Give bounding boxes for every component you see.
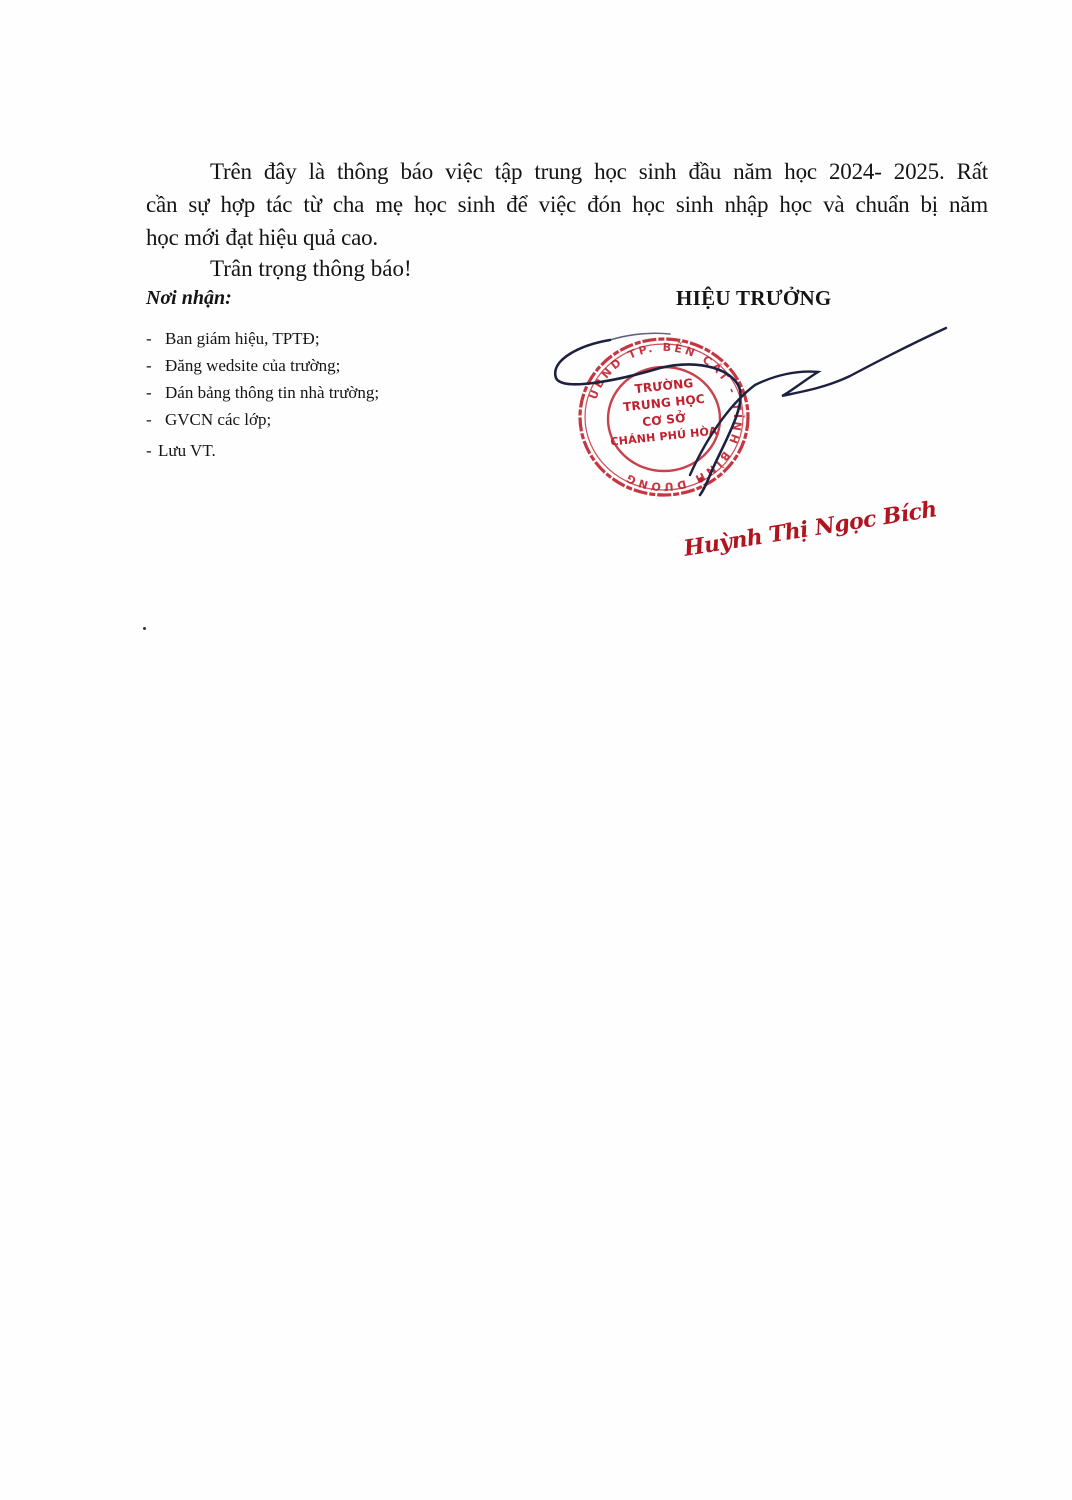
list-dash: - xyxy=(146,406,165,433)
body-line-3: học mới đạt hiệu quả cao. xyxy=(146,221,988,254)
signer-title: HIỆU TRƯỞNG xyxy=(676,286,832,311)
recipient-item: -GVCN các lớp; xyxy=(146,406,379,433)
scan-speck xyxy=(143,627,146,630)
recipient-text: Ban giám hiệu, TPTĐ; xyxy=(165,329,320,348)
recipient-text: Đăng wedsite của trường; xyxy=(165,356,340,375)
list-dash: - xyxy=(146,352,165,379)
recipient-item: -Lưu VT. xyxy=(146,437,379,464)
stamp-center-text: TRƯỜNG TRUNG HỌC CƠ SỞ CHÁNH PHÚ HÒA xyxy=(574,335,754,500)
closing-line: Trân trọng thông báo! xyxy=(210,252,412,285)
list-dash: - xyxy=(146,379,165,406)
recipient-text: Lưu VT. xyxy=(158,441,216,460)
recipient-item: -Ban giám hiệu, TPTĐ; xyxy=(146,325,379,352)
recipient-text: GVCN các lớp; xyxy=(165,410,271,429)
signer-name: Huỳnh Thị Ngọc Bích xyxy=(682,496,939,562)
document-page: Trên đây là thông báo việc tập trung học… xyxy=(0,0,1072,1500)
body-line-2: cần sự hợp tác từ cha mẹ học sinh để việ… xyxy=(146,188,988,221)
recipient-text: Dán bảng thông tin nhà trường; xyxy=(165,383,379,402)
body-line-1: Trên đây là thông báo việc tập trung học… xyxy=(146,155,988,188)
list-dash: - xyxy=(146,437,158,464)
recipient-item: -Đăng wedsite của trường; xyxy=(146,352,379,379)
body-line-1-text: Trên đây là thông báo việc tập trung học… xyxy=(210,159,988,184)
recipients-title: Nơi nhận: xyxy=(146,287,232,310)
official-stamp: UBND TP. BẾN CÁT - TỈNH BÌNH DƯƠNG TRƯỜN… xyxy=(574,335,754,500)
list-dash: - xyxy=(146,325,165,352)
recipient-item: -Dán bảng thông tin nhà trường; xyxy=(146,379,379,406)
body-paragraph: Trên đây là thông báo việc tập trung học… xyxy=(146,155,988,254)
recipients-list: -Ban giám hiệu, TPTĐ; -Đăng wedsite của … xyxy=(146,325,379,464)
